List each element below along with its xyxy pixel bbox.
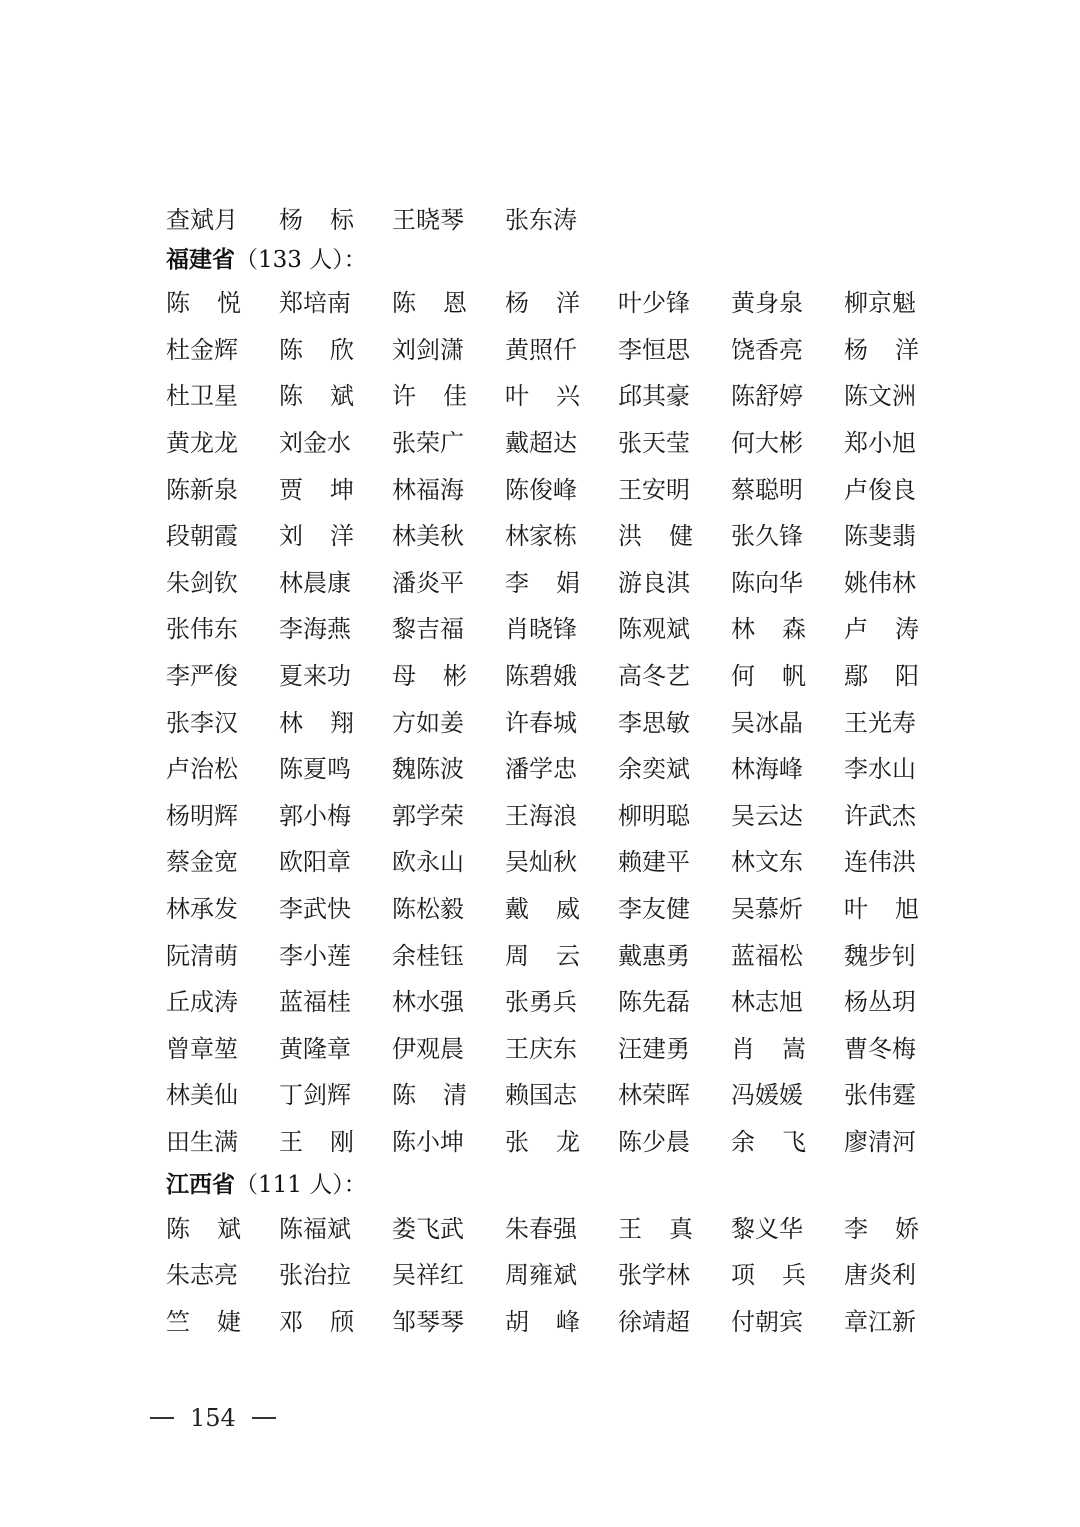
name-cell: 周云 (505, 944, 618, 968)
name-row: 田生满王刚陈小坤张龙陈少晨余飞廖清河 (166, 1119, 966, 1166)
name-cell: 陈观斌 (618, 617, 731, 641)
name-row: 李严俊夏来功母彬陈碧娥高冬艺何帆鄢阳 (166, 653, 966, 700)
name-cell: 赖国志 (505, 1083, 618, 1107)
name-cell: 黄照仟 (505, 338, 618, 362)
name-cell: 蓝福桂 (279, 990, 392, 1014)
name-cell: 徐靖超 (618, 1310, 731, 1334)
name-cell: 章江新 (844, 1310, 957, 1334)
name-cell: 朱剑钦 (166, 571, 279, 595)
name-row: 黄龙龙刘金水张荣广戴超达张天莹何大彬郑小旭 (166, 420, 966, 467)
name-cell: 杨洋 (844, 338, 957, 362)
name-cell: 胡峰 (505, 1310, 618, 1334)
name-cell: 张学林 (618, 1263, 731, 1287)
name-cell: 林承发 (166, 897, 279, 921)
name-cell: 夏来功 (279, 664, 392, 688)
name-cell: 杜卫星 (166, 384, 279, 408)
name-cell: 余飞 (731, 1130, 844, 1154)
name-cell: 杨洋 (505, 291, 618, 315)
province-count: （111 人）： (235, 1166, 367, 1199)
name-cell: 叶兴 (505, 384, 618, 408)
name-cell: 余奕斌 (618, 757, 731, 781)
name-cell: 刘剑潇 (392, 338, 505, 362)
name-cell: 张伟东 (166, 617, 279, 641)
name-cell: 丁剑辉 (279, 1083, 392, 1107)
name-cell: 游良淇 (618, 571, 731, 595)
name-cell: 王晓琴 (392, 208, 505, 232)
name-cell: 卢俊良 (844, 478, 957, 502)
name-cell: 林森 (731, 617, 844, 641)
name-text: 卢涛 (844, 617, 919, 641)
name-cell: 李娟 (505, 571, 618, 595)
name-cell: 陈舒婷 (731, 384, 844, 408)
name-cell: 查斌月 (166, 208, 279, 232)
name-cell: 王光寿 (844, 711, 957, 735)
name-cell: 蓝福松 (731, 944, 844, 968)
name-cell: 连伟洪 (844, 850, 957, 874)
name-text: 林森 (731, 617, 806, 641)
name-cell: 林海峰 (731, 757, 844, 781)
province-count: （133 人）： (235, 241, 367, 274)
name-cell: 李友健 (618, 897, 731, 921)
name-cell: 肖晓锋 (505, 617, 618, 641)
name-cell: 林福海 (392, 478, 505, 502)
name-cell: 方如姜 (392, 711, 505, 735)
name-cell: 王安明 (618, 478, 731, 502)
name-text: 陈恩 (392, 291, 467, 315)
name-cell: 陈欣 (279, 338, 392, 362)
name-cell: 项兵 (731, 1263, 844, 1287)
name-cell: 丘成涛 (166, 990, 279, 1014)
name-cell: 唐炎利 (844, 1263, 957, 1287)
name-cell: 李严俊 (166, 664, 279, 688)
name-cell: 欧阳章 (279, 850, 392, 874)
name-row: 陈斌陈福斌娄飞武朱春强王真黎义华李娇 (166, 1205, 966, 1252)
name-cell: 戴威 (505, 897, 618, 921)
name-text: 胡峰 (505, 1310, 580, 1334)
name-row: 段朝霞刘洋林美秋林家栋洪健张久锋陈斐翡 (166, 513, 966, 560)
name-cell: 郭小梅 (279, 804, 392, 828)
name-cell: 陈小坤 (392, 1130, 505, 1154)
name-text: 杨标 (279, 208, 354, 232)
name-cell: 曾章堃 (166, 1037, 279, 1061)
name-cell: 许佳 (392, 384, 505, 408)
name-text: 贾坤 (279, 478, 354, 502)
name-text: 戴威 (505, 897, 580, 921)
name-cell: 吴冰晶 (731, 711, 844, 735)
name-cell: 王刚 (279, 1130, 392, 1154)
name-cell: 饶香亮 (731, 338, 844, 362)
name-text: 陈清 (392, 1083, 467, 1107)
name-cell: 陈碧娥 (505, 664, 618, 688)
name-row: 阮清萌李小莲余桂钰周云戴惠勇蓝福松魏步钊 (166, 932, 966, 979)
name-cell: 刘金水 (279, 431, 392, 455)
name-row: 林承发李武快陈松毅戴威李友健吴慕炘叶旭 (166, 886, 966, 933)
name-text: 李娟 (505, 571, 580, 595)
name-cell: 黄龙龙 (166, 431, 279, 455)
name-cell: 陈先磊 (618, 990, 731, 1014)
name-cell: 吴灿秋 (505, 850, 618, 874)
name-text: 何帆 (731, 664, 806, 688)
name-cell: 王庆东 (505, 1037, 618, 1061)
name-row: 林美仙丁剑辉陈清赖国志林荣晖冯媛媛张伟霆 (166, 1072, 966, 1119)
dash-left (150, 1417, 174, 1419)
name-cell: 王海浪 (505, 804, 618, 828)
name-cell: 魏陈波 (392, 757, 505, 781)
name-text: 张龙 (505, 1130, 580, 1154)
name-text: 王刚 (279, 1130, 354, 1154)
name-cell: 林文东 (731, 850, 844, 874)
name-cell: 潘炎平 (392, 571, 505, 595)
name-cell: 郑培南 (279, 291, 392, 315)
name-cell: 陈新泉 (166, 478, 279, 502)
name-cell: 朱志亮 (166, 1263, 279, 1287)
name-row: 朱志亮张治拉吴祥红周雍斌张学林项兵唐炎利 (166, 1252, 966, 1299)
name-cell: 朱春强 (505, 1217, 618, 1241)
page-number: 154 (190, 1404, 236, 1432)
name-cell: 郑小旭 (844, 431, 957, 455)
name-row: 竺婕邓颀邹琴琴胡峰徐靖超付朝宾章江新 (166, 1298, 966, 1345)
name-cell: 付朝宾 (731, 1310, 844, 1334)
name-cell: 张荣广 (392, 431, 505, 455)
name-cell: 洪健 (618, 524, 731, 548)
name-text: 陈斌 (279, 384, 354, 408)
name-cell: 陈俊峰 (505, 478, 618, 502)
name-row: 杜卫星陈斌许佳叶兴邱其豪陈舒婷陈文洲 (166, 373, 966, 420)
name-cell: 陈福斌 (279, 1217, 392, 1241)
name-cell: 鄢阳 (844, 664, 957, 688)
name-cell: 邓颀 (279, 1310, 392, 1334)
name-cell: 陈文洲 (844, 384, 957, 408)
name-cell: 陈恩 (392, 291, 505, 315)
name-cell: 张治拉 (279, 1263, 392, 1287)
name-cell: 杨明辉 (166, 804, 279, 828)
name-cell: 柳明聪 (618, 804, 731, 828)
name-cell: 赖建平 (618, 850, 731, 874)
name-cell: 肖嵩 (731, 1037, 844, 1061)
name-cell: 田生满 (166, 1130, 279, 1154)
name-cell: 林美秋 (392, 524, 505, 548)
name-row: 蔡金宽欧阳章欧永山吴灿秋赖建平林文东连伟洪 (166, 839, 966, 886)
name-text: 洪健 (618, 524, 693, 548)
name-cell: 李水山 (844, 757, 957, 781)
name-cell: 郭学荣 (392, 804, 505, 828)
name-cell: 竺婕 (166, 1310, 279, 1334)
name-text: 母彬 (392, 664, 467, 688)
name-cell: 戴惠勇 (618, 944, 731, 968)
name-cell: 蔡聪明 (731, 478, 844, 502)
province-sections: 福建省（133 人）：陈悦郑培南陈恩杨洋叶少锋黄身泉柳京魁杜金辉陈欣刘剑潇黄照仟… (166, 240, 966, 1345)
province-heading: 福建省（133 人）： (166, 240, 966, 274)
name-cell: 欧永山 (392, 850, 505, 874)
name-cell: 陈松毅 (392, 897, 505, 921)
name-cell: 卢治松 (166, 757, 279, 781)
name-cell: 杜金辉 (166, 338, 279, 362)
name-text: 林翔 (279, 711, 354, 735)
name-cell: 陈斌 (279, 384, 392, 408)
name-row: 卢治松陈夏鸣魏陈波潘学忠余奕斌林海峰李水山 (166, 746, 966, 793)
name-row: 陈新泉贾坤林福海陈俊峰王安明蔡聪明卢俊良 (166, 466, 966, 513)
name-cell: 陈夏鸣 (279, 757, 392, 781)
name-cell: 林家栋 (505, 524, 618, 548)
name-cell: 张龙 (505, 1130, 618, 1154)
name-cell: 柳京魁 (844, 291, 957, 315)
name-text: 肖嵩 (731, 1037, 806, 1061)
name-row: 丘成涛蓝福桂林水强张勇兵陈先磊林志旭杨丛玥 (166, 979, 966, 1026)
name-text: 陈悦 (166, 291, 241, 315)
province-name: 江西省 (166, 1166, 235, 1199)
name-cell: 母彬 (392, 664, 505, 688)
name-cell: 陈斐翡 (844, 524, 957, 548)
name-cell: 陈向华 (731, 571, 844, 595)
name-cell: 吴云达 (731, 804, 844, 828)
name-text: 叶兴 (505, 384, 580, 408)
name-cell: 张天莹 (618, 431, 731, 455)
name-cell: 叶旭 (844, 897, 957, 921)
name-cell: 潘学忠 (505, 757, 618, 781)
name-cell: 许武杰 (844, 804, 957, 828)
name-cell: 邹琴琴 (392, 1310, 505, 1334)
name-cell: 何帆 (731, 664, 844, 688)
name-cell: 陈少晨 (618, 1130, 731, 1154)
name-text: 陈斌 (166, 1217, 241, 1241)
name-cell: 卢涛 (844, 617, 957, 641)
name-cell: 张伟霆 (844, 1083, 957, 1107)
name-cell: 李娇 (844, 1217, 957, 1241)
name-cell: 林翔 (279, 711, 392, 735)
name-cell: 李思敏 (618, 711, 731, 735)
name-cell: 黎吉福 (392, 617, 505, 641)
name-cell: 林水强 (392, 990, 505, 1014)
name-cell: 高冬艺 (618, 664, 731, 688)
name-row: 杨明辉郭小梅郭学荣王海浪柳明聪吴云达许武杰 (166, 793, 966, 840)
name-text: 项兵 (731, 1263, 806, 1287)
name-cell: 贾坤 (279, 478, 392, 502)
name-cell: 冯媛媛 (731, 1083, 844, 1107)
name-row: 杜金辉陈欣刘剑潇黄照仟李恒思饶香亮杨洋 (166, 327, 966, 374)
name-cell: 何大彬 (731, 431, 844, 455)
dash-right (252, 1417, 276, 1419)
name-cell: 汪建勇 (618, 1037, 731, 1061)
name-cell: 黄隆章 (279, 1037, 392, 1061)
name-cell: 林荣晖 (618, 1083, 731, 1107)
name-cell: 阮清萌 (166, 944, 279, 968)
name-cell: 邱其豪 (618, 384, 731, 408)
name-cell: 许春城 (505, 711, 618, 735)
name-text: 王真 (618, 1217, 693, 1241)
name-row: 陈悦郑培南陈恩杨洋叶少锋黄身泉柳京魁 (166, 280, 966, 327)
name-text: 鄢阳 (844, 664, 919, 688)
name-cell: 李海燕 (279, 617, 392, 641)
name-cell: 曹冬梅 (844, 1037, 957, 1061)
name-row: 曾章堃黄隆章伊观晨王庆东汪建勇肖嵩曹冬梅 (166, 1026, 966, 1073)
name-cell: 蔡金宽 (166, 850, 279, 874)
name-cell: 姚伟林 (844, 571, 957, 595)
name-cell: 段朝霞 (166, 524, 279, 548)
name-cell: 黎义华 (731, 1217, 844, 1241)
name-text: 余飞 (731, 1130, 806, 1154)
name-cell: 戴超达 (505, 431, 618, 455)
name-cell: 娄飞武 (392, 1217, 505, 1241)
province-heading: 江西省（111 人）： (166, 1165, 966, 1199)
name-cell: 林晨康 (279, 571, 392, 595)
name-text: 刘洋 (279, 524, 354, 548)
name-cell: 杨丛玥 (844, 990, 957, 1014)
name-cell: 黄身泉 (731, 291, 844, 315)
name-cell: 刘洋 (279, 524, 392, 548)
name-cell: 林志旭 (731, 990, 844, 1014)
name-row: 张伟东李海燕黎吉福肖晓锋陈观斌林森卢涛 (166, 606, 966, 653)
name-text: 李娇 (844, 1217, 919, 1241)
province-name: 福建省 (166, 241, 235, 274)
name-cell: 张李汉 (166, 711, 279, 735)
name-text: 周云 (505, 944, 580, 968)
name-cell: 吴慕炘 (731, 897, 844, 921)
name-cell: 周雍斌 (505, 1263, 618, 1287)
name-list: 查斌月 杨标 王晓琴 张东涛 福建省（133 人）：陈悦郑培南陈恩杨洋叶少锋黄身… (166, 200, 966, 1345)
name-cell: 陈清 (392, 1083, 505, 1107)
name-text: 叶旭 (844, 897, 919, 921)
name-text: 竺婕 (166, 1310, 241, 1334)
name-cell: 杨标 (279, 208, 392, 232)
name-cell: 李小莲 (279, 944, 392, 968)
page-footer: 154 (150, 1404, 276, 1432)
name-text: 邓颀 (279, 1310, 354, 1334)
name-cell: 李武快 (279, 897, 392, 921)
name-cell: 廖清河 (844, 1130, 957, 1154)
name-cell: 伊观晨 (392, 1037, 505, 1061)
name-cell: 李恒思 (618, 338, 731, 362)
name-cell: 张久锋 (731, 524, 844, 548)
name-text: 杨洋 (844, 338, 919, 362)
leading-names-row: 查斌月 杨标 王晓琴 张东涛 (166, 200, 966, 240)
name-text: 杨洋 (505, 291, 580, 315)
name-cell: 吴祥红 (392, 1263, 505, 1287)
name-cell: 陈悦 (166, 291, 279, 315)
name-cell: 陈斌 (166, 1217, 279, 1241)
name-cell: 王真 (618, 1217, 731, 1241)
name-cell: 张勇兵 (505, 990, 618, 1014)
name-row: 朱剑钦林晨康潘炎平李娟游良淇陈向华姚伟林 (166, 560, 966, 607)
name-cell: 余桂钰 (392, 944, 505, 968)
name-cell: 林美仙 (166, 1083, 279, 1107)
document-page: 查斌月 杨标 王晓琴 张东涛 福建省（133 人）：陈悦郑培南陈恩杨洋叶少锋黄身… (0, 0, 1080, 1527)
name-cell: 张东涛 (505, 208, 618, 232)
name-cell: 魏步钊 (844, 944, 957, 968)
name-text: 陈欣 (279, 338, 354, 362)
name-cell: 叶少锋 (618, 291, 731, 315)
name-row: 张李汉林翔方如姜许春城李思敏吴冰晶王光寿 (166, 699, 966, 746)
name-text: 许佳 (392, 384, 467, 408)
